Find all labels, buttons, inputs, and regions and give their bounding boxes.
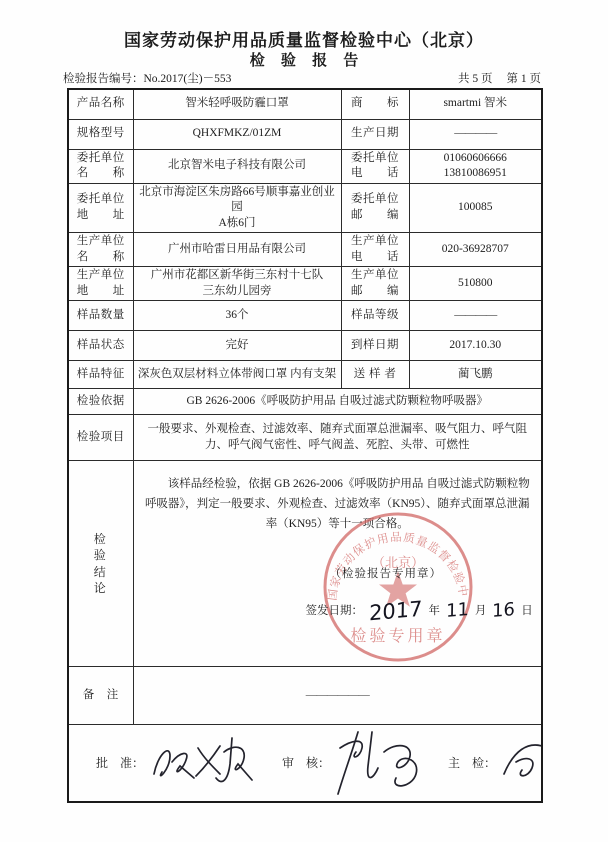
sample-sender-label: 送 样 者 xyxy=(341,361,409,389)
pages-total: 共 5 页 xyxy=(458,73,493,85)
test-basis-value: GB 2626-2006《呼吸防护用品 自吸过滤式防颗粒物呼吸器》 xyxy=(133,389,542,415)
table-row: 样品数量 36个 样品等级 ———— xyxy=(68,301,542,331)
test-items-label: 检验项目 xyxy=(68,415,133,461)
table-row: 产品名称 智米轻呼吸防霾口罩 商 标 smartmi 智米 xyxy=(68,89,542,119)
table-row: 检验依据 GB 2626-2006《呼吸防护用品 自吸过滤式防颗粒物呼吸器》 xyxy=(68,389,542,415)
table-row: 检验项目 一般要求、外观检查、过滤效率、随弃式面罩总泄漏率、吸气阻力、呼气阻力、… xyxy=(68,415,542,461)
sample-features-label: 样品特征 xyxy=(68,361,133,389)
client-address-label: 委托单位 地 址 xyxy=(68,183,133,233)
chief-label: 主 检： xyxy=(448,755,496,771)
model-value: QHXFMKZ/01ZM xyxy=(133,119,341,149)
approve-signature xyxy=(144,730,256,796)
approve-label: 批 准： xyxy=(96,755,144,771)
report-table: 产品名称 智米轻呼吸防霾口罩 商 标 smartmi 智米 规格型号 QHXFM… xyxy=(67,88,543,803)
trademark-label: 商 标 xyxy=(341,89,409,119)
sample-state-label: 样品状态 xyxy=(68,331,133,361)
review-signature xyxy=(330,728,426,798)
report-title: 检 验 报 告 xyxy=(0,49,608,70)
sample-state-value: 完好 xyxy=(133,331,341,361)
table-row: 样品特征 深灰色双层材料立体带阀口罩 内有支架 送 样 者 蔺飞鹏 xyxy=(68,361,542,389)
remark-row: 备 注 —————— xyxy=(68,667,542,725)
review-label: 审 核： xyxy=(282,755,330,771)
report-number-label: 检验报告编号： xyxy=(63,73,144,85)
sample-quantity-value: 36个 xyxy=(133,301,341,331)
manufacturer-name-value: 广州市哈雷日用品有限公司 xyxy=(133,233,341,267)
table-row: 委托单位 名 称 北京智米电子科技有限公司 委托单位 电 话 010606066… xyxy=(68,149,542,183)
manufacturer-phone-label: 生产单位 电 话 xyxy=(341,233,409,267)
table-row: 规格型号 QHXFMKZ/01ZM 生产日期 ———— xyxy=(68,119,542,149)
remark-label: 备 注 xyxy=(68,667,133,725)
chief-signature xyxy=(496,734,542,792)
signature-row: 批 准： 审 核： xyxy=(68,725,542,803)
red-seal-stamp: 国家劳动保护用品质量监督检验中心 （北京） 检验专用章 xyxy=(320,507,476,663)
table-row: 生产单位 地 址 广州市花都区新华街三东村十七队 三东幼儿园旁 生产单位 邮 编… xyxy=(68,267,542,301)
test-basis-label: 检验依据 xyxy=(68,389,133,415)
table-row: 样品状态 完好 到样日期 2017.10.30 xyxy=(68,331,542,361)
conclusion-cell: 国家劳动保护用品质量监督检验中心 （北京） 检验专用章 该样品经检验，依据 GB… xyxy=(133,461,542,667)
client-name-value: 北京智米电子科技有限公司 xyxy=(133,149,341,183)
sample-features-value: 深灰色双层材料立体带阀口罩 内有支架 xyxy=(133,361,341,389)
issue-month-handwritten: 11 xyxy=(446,598,469,624)
client-zip-label: 委托单位 邮 编 xyxy=(341,183,409,233)
trademark-value: smartmi 智米 xyxy=(409,89,542,119)
product-name-value: 智米轻呼吸防霾口罩 xyxy=(133,89,341,119)
conclusion-label: 检 验 结 论 xyxy=(68,461,133,667)
stamp-bottom-text: 检验专用章 xyxy=(350,626,445,645)
issue-day-handwritten: 16 xyxy=(492,598,515,624)
report-meta-row: 检验报告编号：No.2017(尘)－553 共 5 页第 1 页 xyxy=(63,70,541,86)
model-label: 规格型号 xyxy=(68,119,133,149)
page-indicator: 共 5 页第 1 页 xyxy=(444,70,541,86)
production-date-label: 生产日期 xyxy=(341,119,409,149)
manufacturer-zip-value: 510800 xyxy=(409,267,542,301)
client-zip-value: 100085 xyxy=(409,183,542,233)
arrival-date-label: 到样日期 xyxy=(341,331,409,361)
issue-date-line: 签发日期： 2017 年 11 月 16 日 xyxy=(306,597,533,625)
inspection-report-page: 国家劳动保护用品质量监督检验中心（北京） 检 验 报 告 检验报告编号：No.2… xyxy=(0,0,608,842)
year-char: 年 xyxy=(428,604,440,620)
production-date-value: ———— xyxy=(409,119,542,149)
sample-grade-label: 样品等级 xyxy=(341,301,409,331)
signature-cell: 批 准： 审 核： xyxy=(68,725,542,803)
page-current: 第 1 页 xyxy=(507,73,542,85)
report-number-value: No.2017(尘)－553 xyxy=(144,73,232,85)
client-phone-value: 01060606666 13810086951 xyxy=(409,149,542,183)
day-char: 日 xyxy=(521,604,533,620)
issue-date-label: 签发日期： xyxy=(306,604,364,620)
conclusion-row: 检 验 结 论 国家劳动保护用品质量监督检验中心 （北京） xyxy=(68,461,542,667)
center-name-title: 国家劳动保护用品质量监督检验中心（北京） xyxy=(0,26,608,51)
table-row: 生产单位 名 称 广州市哈雷日用品有限公司 生产单位 电 话 020-36928… xyxy=(68,233,542,267)
client-phone-label: 委托单位 电 话 xyxy=(341,149,409,183)
arrival-date-value: 2017.10.30 xyxy=(409,331,542,361)
table-row: 委托单位 地 址 北京市海淀区朱房路66号顺事嘉业创业园 A栋6门 委托单位 邮… xyxy=(68,183,542,233)
manufacturer-address-value: 广州市花都区新华街三东村十七队 三东幼儿园旁 xyxy=(133,267,341,301)
client-address-value: 北京市海淀区朱房路66号顺事嘉业创业园 A栋6门 xyxy=(133,183,341,233)
sample-quantity-label: 样品数量 xyxy=(68,301,133,331)
stamp-note-text: （检验报告专用章） xyxy=(330,567,443,583)
test-items-value: 一般要求、外观检查、过滤效率、随弃式面罩总泄漏率、吸气阻力、呼气阻力、呼气阀气密… xyxy=(133,415,542,461)
report-number: 检验报告编号：No.2017(尘)－553 xyxy=(63,70,231,86)
month-char: 月 xyxy=(475,604,487,620)
manufacturer-phone-value: 020-36928707 xyxy=(409,233,542,267)
sample-sender-value: 蔺飞鹏 xyxy=(409,361,542,389)
manufacturer-zip-label: 生产单位 邮 编 xyxy=(341,267,409,301)
manufacturer-name-label: 生产单位 名 称 xyxy=(68,233,133,267)
client-name-label: 委托单位 名 称 xyxy=(68,149,133,183)
sample-grade-value: ———— xyxy=(409,301,542,331)
remark-value: —————— xyxy=(133,667,542,725)
issue-year-handwritten: 2017 xyxy=(369,595,423,628)
product-name-label: 产品名称 xyxy=(68,89,133,119)
manufacturer-address-label: 生产单位 地 址 xyxy=(68,267,133,301)
